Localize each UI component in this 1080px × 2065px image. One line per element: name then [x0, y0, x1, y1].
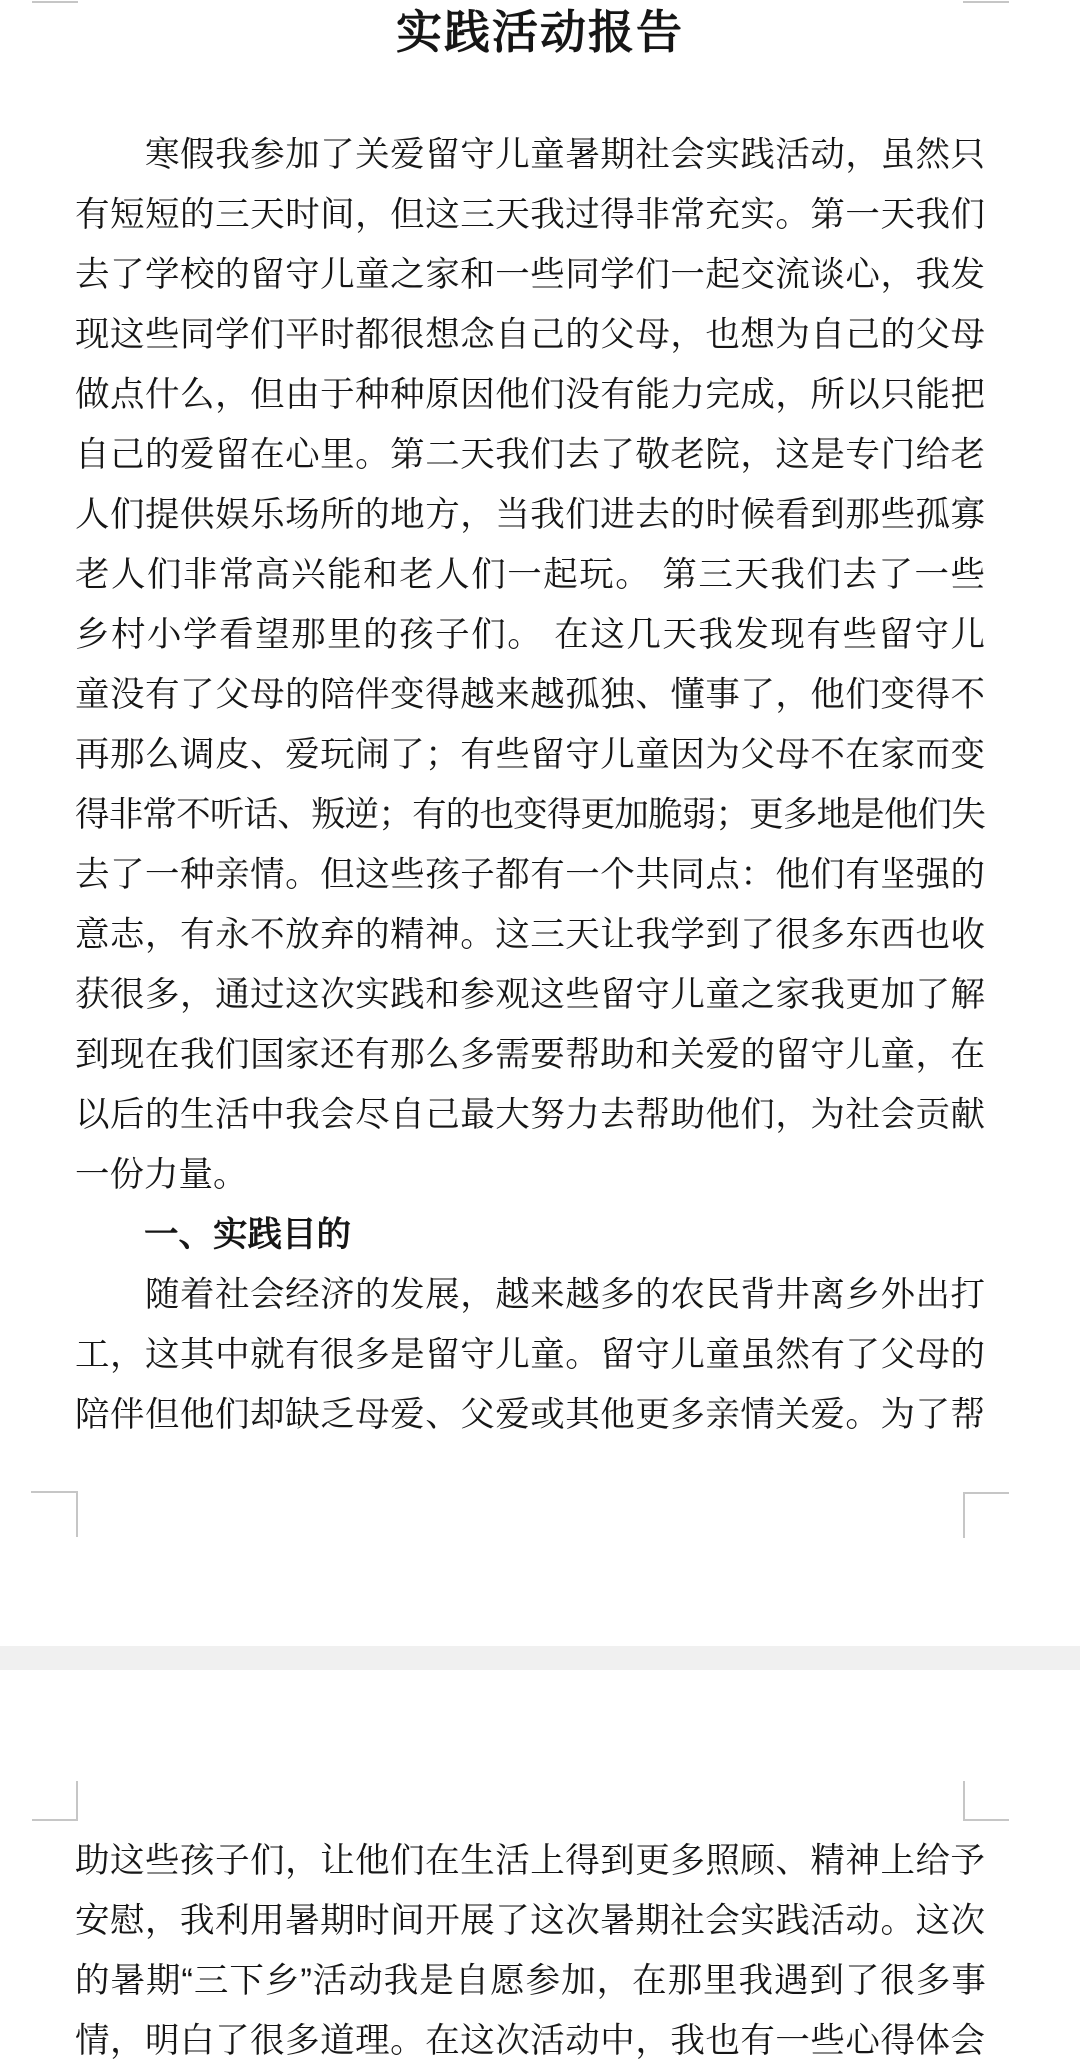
text-line: 一份力量。 [75, 1145, 985, 1205]
page2-body-text: 助这些孩子们，让他们在生活上得到更多照顾、精神上给予安慰，我利用暑期时间开展了这… [75, 1831, 985, 2065]
text-line: 做点什么，但由于种种原因他们没有能力完成，所以只能把 [75, 365, 985, 425]
text-line: 以后的生活中我会尽自己最大努力去帮助他们，为社会贡献 [75, 1085, 985, 1145]
text-line: 老人们非常高兴能和老人们一起玩。 第三天我们去了一些 [75, 545, 985, 605]
text-line: 工，这其中就有很多是留守儿童。留守儿童虽然有了父母的 [75, 1325, 985, 1385]
text-line: 有短短的三天时间，但这三天我过得非常充实。第一天我们 [75, 185, 985, 245]
document-page-1: 实践活动报告 寒假我参加了关爱留守儿童暑期社会实践活动，虽然只有短短的三天时间，… [0, 0, 1080, 1646]
document-viewer: { "meta": { "colors": { "bg": "#ffffff",… [0, 0, 1080, 2065]
crop-mark-page2-top-right-h [963, 1819, 1009, 1821]
text-line: 寒假我参加了关爱留守儿童暑期社会实践活动，虽然只 [75, 125, 985, 185]
document-page-2: 助这些孩子们，让他们在生活上得到更多照顾、精神上给予安慰，我利用暑期时间开展了这… [0, 1670, 1080, 2065]
page-title: 实践活动报告 [0, 0, 1080, 64]
crop-mark-page1-bottom-right-h [963, 1492, 1009, 1494]
text-line: 情，明白了很多道理。在这次活动中，我也有一些心得体会 [75, 2011, 985, 2065]
text-line: 助这些孩子们，让他们在生活上得到更多照顾、精神上给予 [75, 1831, 985, 1891]
crop-mark-page2-top-left-h [32, 1819, 78, 1821]
text-line: 自己的爱留在心里。第二天我们去了敬老院，这是专门给老 [75, 425, 985, 485]
page-separator [0, 1646, 1080, 1670]
crop-mark-page1-bottom-right-v [963, 1492, 965, 1538]
page1-body-text: 寒假我参加了关爱留守儿童暑期社会实践活动，虽然只有短短的三天时间，但这三天我过得… [75, 125, 985, 1445]
text-line: 现这些同学们平时都很想念自己的父母，也想为自己的父母 [75, 305, 985, 365]
text-line: 再那么调皮、爱玩闹了；有些留守儿童因为父母不在家而变 [75, 725, 985, 785]
text-line: 人们提供娱乐场所的地方，当我们进去的时候看到那些孤寡 [75, 485, 985, 545]
text-line: 童没有了父母的陪伴变得越来越孤独、懂事了，他们变得不 [75, 665, 985, 725]
crop-mark-page2-top-left-v [76, 1781, 78, 1821]
text-line: 安慰，我利用暑期时间开展了这次暑期社会实践活动。这次 [75, 1891, 985, 1951]
text-line: 去了一种亲情。但这些孩子都有一个共同点：他们有坚强的 [75, 845, 985, 905]
crop-mark-page1-bottom-left-h [31, 1491, 77, 1493]
text-line: 意志，有永不放弃的精神。这三天让我学到了很多东西也收 [75, 905, 985, 965]
text-line: 随着社会经济的发展，越来越多的农民背井离乡外出打 [75, 1265, 985, 1325]
text-line: 的暑期“三下乡”活动我是自愿参加，在那里我遇到了很多事 [75, 1951, 985, 2011]
text-line: 得非常不听话、叛逆；有的也变得更加脆弱；更多地是他们失 [75, 785, 985, 845]
text-line: 陪伴但他们却缺乏母爱、父爱或其他更多亲情关爱。为了帮 [75, 1385, 985, 1445]
crop-mark-page2-top-right-v [963, 1781, 965, 1821]
text-line: 获很多，通过这次实践和参观这些留守儿童之家我更加了解 [75, 965, 985, 1025]
text-line: 到现在我们国家还有那么多需要帮助和关爱的留守儿童，在 [75, 1025, 985, 1085]
crop-mark-page1-bottom-left-v [76, 1491, 78, 1537]
text-line: 乡村小学看望那里的孩子们。 在这几天我发现有些留守儿 [75, 605, 985, 665]
section-heading: 一、实践目的 [75, 1205, 985, 1265]
text-line: 去了学校的留守儿童之家和一些同学们一起交流谈心，我发 [75, 245, 985, 305]
